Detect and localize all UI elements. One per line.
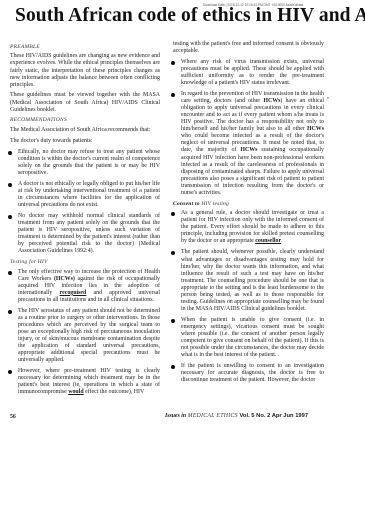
journal-prefix: Issues in	[165, 413, 188, 419]
bullet-icon	[8, 215, 12, 219]
hcw-abbrev: HCWs	[307, 126, 324, 132]
consent-bullet: The patient should, whenever possible, c…	[173, 249, 324, 312]
bullet-icon	[171, 319, 175, 323]
article-title: South African code of ethics in HIV and …	[15, 6, 365, 26]
highlighted-word: recognised	[60, 290, 87, 296]
continuation-paragraph: testing with the patient's free and info…	[173, 41, 324, 55]
consent-heading-bold: Consent to	[173, 201, 200, 207]
bullet-icon	[171, 365, 175, 369]
bullet-icon	[171, 251, 175, 255]
bullet-icon	[8, 183, 12, 187]
bullet-text: As a general rule, a doctor should inves…	[181, 210, 324, 244]
bullet-text: When the patient is unable to give conse…	[181, 317, 324, 358]
preamble-heading: PREAMBLE	[10, 44, 160, 51]
bullet-text: A doctor is not ethically or legally obl…	[18, 181, 160, 208]
hcw-abbrev: HCWs	[263, 98, 280, 104]
consent-bullet: When the patient is unable to give conse…	[173, 317, 324, 359]
journal-volume: Vol. 5 No. 2 Apr Jun 1997	[238, 413, 308, 419]
testing-heading: Testing for HIV	[10, 259, 160, 266]
bullet-text: sustaining occupationally acquired HIV i…	[181, 147, 324, 195]
journal-footer: Issues in MEDICAL ETHICS Vol. 5 No. 2 Ap…	[165, 413, 308, 419]
bullet-text: .	[281, 238, 282, 244]
testing-bullet: The HIV serostatus of any patient should…	[10, 308, 160, 364]
bullet-icon	[8, 271, 12, 275]
prevention-bullet: In regard to the prevention of HIV trans…	[173, 91, 324, 197]
duty-bullet: Ethically, no doctor may refuse to treat…	[10, 149, 160, 177]
consent-heading: Consent to HIV testing	[173, 201, 324, 208]
hcw-abbrev: HCWs	[240, 147, 257, 153]
consent-bullet: As a general rule, a doctor should inves…	[173, 210, 324, 245]
preamble-paragraph-2: These guidelines must be viewed together…	[10, 92, 160, 113]
recommendations-intro: The Medical Association of South Africa …	[10, 127, 160, 134]
duty-heading: The doctor's duty towards patients:	[10, 138, 160, 145]
preamble-paragraph-1: These HIV/AIDS guidelines are changing a…	[10, 53, 160, 88]
bullet-icon	[8, 370, 12, 374]
duty-bullet: No doctor may withhold normal clinical s…	[10, 213, 160, 255]
highlighted-word: would	[68, 389, 83, 395]
testing-bullet: The only effective way to increase the p…	[10, 269, 160, 304]
journal-name: MEDICAL ETHICS	[188, 413, 238, 419]
bullet-icon	[8, 310, 12, 314]
bullet-icon	[171, 61, 175, 65]
duty-bullet: A doctor is not ethically or legally obl…	[10, 181, 160, 209]
precautions-bullet: Where any risk of virus transmission exi…	[173, 59, 324, 87]
hcw-abbrev: (HCWs)	[54, 276, 75, 282]
recommendations-heading: RECOMMENDATIONS	[10, 117, 160, 124]
margin-mark: "	[327, 97, 329, 103]
bullet-text: Where any risk of virus transmission exi…	[181, 59, 324, 86]
consent-bullet: If the patient is unwilling to consent t…	[173, 363, 324, 384]
bullet-text: No doctor may withhold normal clinical s…	[18, 213, 160, 254]
bullet-text: The patient should, whenever possible, c…	[181, 249, 324, 311]
right-column: testing with the patient's free and info…	[173, 41, 324, 388]
page-number: 56	[10, 414, 16, 420]
bullet-text: If the patient is unwilling to consent t…	[181, 363, 324, 383]
bullet-text: Ethically, no doctor may refuse to treat…	[18, 149, 160, 176]
bullet-text: The HIV serostatus of any patient should…	[18, 308, 160, 363]
testing-bullet: However, where pre-treatment HIV testing…	[10, 368, 160, 396]
bullet-icon	[171, 93, 175, 97]
bullet-icon	[8, 151, 12, 155]
left-column: PREAMBLE These HIV/AIDS guidelines are c…	[10, 44, 160, 400]
highlighted-word: counsellor	[255, 238, 281, 244]
consent-heading-italic: HIV testing	[200, 201, 229, 207]
bullet-icon	[171, 212, 175, 216]
bullet-text: effect the outcome), HIV	[84, 389, 145, 395]
